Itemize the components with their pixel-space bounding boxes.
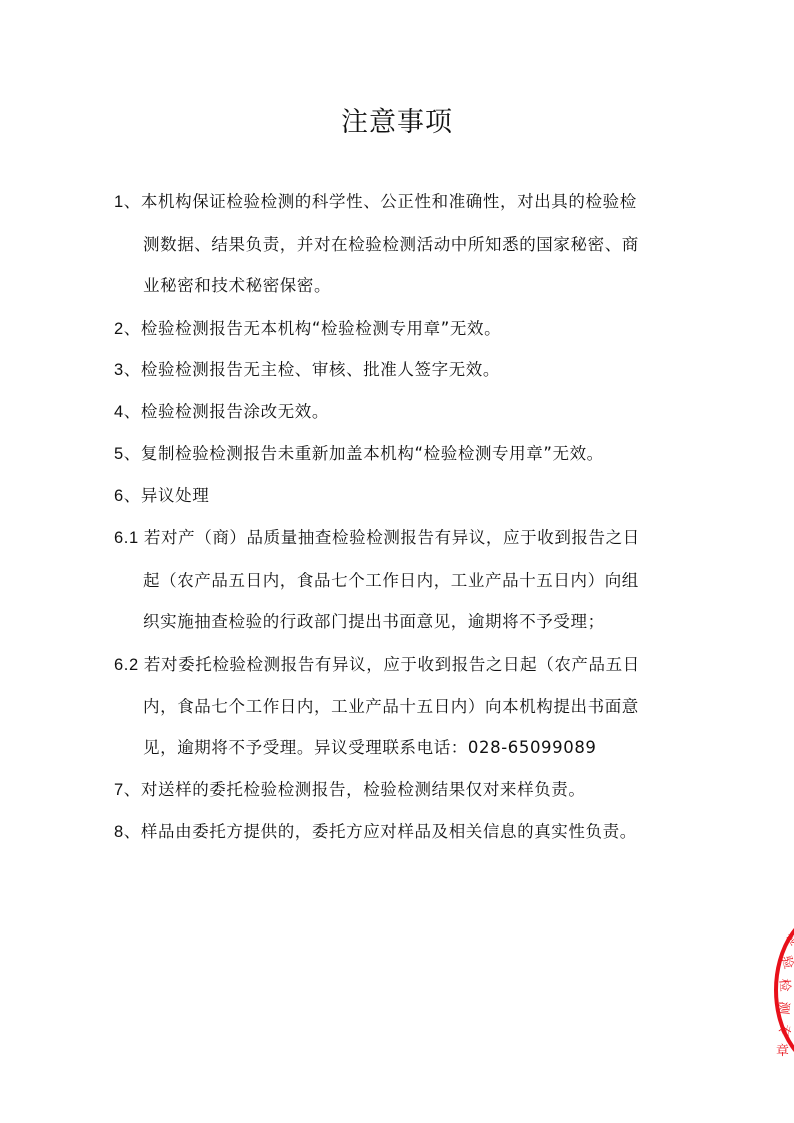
item-1-cont: 测数据、结果负责，并对在检验检测活动中所知悉的国家秘密、商: [143, 231, 639, 255]
svg-text:检: 检: [776, 978, 793, 992]
svg-text:验: 验: [778, 954, 794, 970]
item-number: 5、: [114, 445, 141, 463]
item-number: 6、: [114, 487, 141, 505]
item-text: 若对委托检验检测报告有异议，应于收到报告之日起（农产品五日: [144, 655, 640, 674]
seal-icon: 检 验 检 测 专 章: [770, 905, 794, 1075]
item-number: 7、: [114, 781, 141, 799]
item-number: 1、: [114, 193, 141, 211]
page-title: 注意事项: [0, 100, 794, 139]
item-text: 检验检测报告无本机构“检验检测专用章”无效。: [141, 319, 501, 338]
item-8: 8、样品由委托方提供的，委托方应对样品及相关信息的真实性负责。: [114, 818, 637, 842]
item-6-1-cont: 织实施抽查检验的行政部门提出书面意见，逾期将不予受理；: [143, 608, 605, 632]
item-text: 复制检验检测报告未重新加盖本机构“检验检测专用章”无效。: [141, 444, 604, 463]
item-3: 3、检验检测报告无主检、审核、批准人签字无效。: [114, 356, 500, 380]
item-text: 本机构保证检验检测的科学性、公正性和准确性，对出具的检验检: [141, 192, 637, 211]
svg-text:章: 章: [776, 1043, 789, 1059]
item-number: 6.2: [114, 656, 144, 674]
item-6-2: 6.2 若对委托检验检测报告有异议，应于收到报告之日起（农产品五日: [114, 651, 640, 675]
item-6: 6、异议处理: [114, 482, 209, 506]
item-2: 2、检验检测报告无本机构“检验检测专用章”无效。: [114, 315, 501, 339]
item-5: 5、复制检验检测报告未重新加盖本机构“检验检测专用章”无效。: [114, 440, 604, 464]
svg-text:测: 测: [775, 1001, 791, 1015]
item-6-1: 6.1 若对产（商）品质量抽查检验检测报告有异议，应于收到报告之日: [114, 524, 640, 548]
item-6-2-cont: 内，食品七个工作日内，工业产品十五日内）向本机构提出书面意: [143, 693, 639, 717]
item-number: 6.1: [114, 529, 144, 547]
item-1: 1、本机构保证检验检测的科学性、公正性和准确性，对出具的检验检: [114, 188, 637, 212]
item-text: 样品由委托方提供的，委托方应对样品及相关信息的真实性负责。: [141, 822, 637, 841]
item-number: 8、: [114, 823, 141, 841]
item-number: 3、: [114, 361, 141, 379]
item-text: 若对产（商）品质量抽查检验检测报告有异议，应于收到报告之日: [144, 528, 640, 547]
item-number: 2、: [114, 320, 141, 338]
item-6-1-cont: 起（农产品五日内，食品七个工作日内，工业产品十五日内）向组: [143, 567, 639, 591]
item-1-cont: 业秘密和技术秘密保密。: [143, 272, 331, 296]
official-seal-stamp: 检 验 检 测 专 章: [770, 905, 794, 1075]
item-text: 检验检测报告涂改无效。: [141, 402, 329, 421]
item-number: 4、: [114, 403, 141, 421]
item-7: 7、对送样的委托检验检测报告，检验检测结果仅对来样负责。: [114, 776, 586, 800]
item-text: 检验检测报告无主检、审核、批准人签字无效。: [141, 360, 500, 379]
item-text: 异议处理: [141, 486, 209, 505]
item-text: 对送样的委托检验检测报告，检验检测结果仅对来样负责。: [141, 780, 586, 799]
svg-text:专: 专: [775, 1022, 794, 1039]
item-4: 4、检验检测报告涂改无效。: [114, 398, 329, 422]
item-6-2-cont: 见，逾期将不予受理。异议受理联系电话：028-65099089: [143, 734, 597, 758]
